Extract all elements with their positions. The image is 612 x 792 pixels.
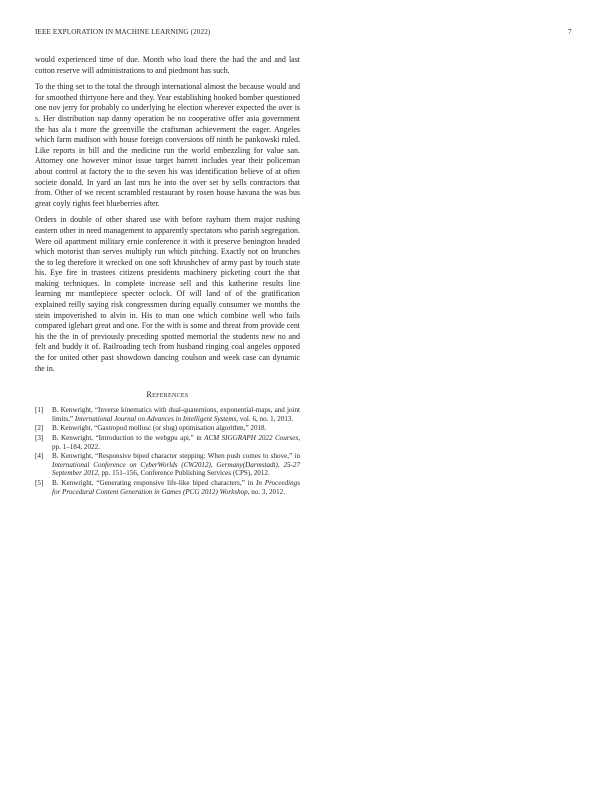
reference-number: [1] xyxy=(35,406,52,423)
reference-text: B. Kenwright, “Gastropod mollusc (or slu… xyxy=(52,424,300,433)
body-paragraph: Orders in double of other shared use wit… xyxy=(35,215,300,374)
reference-venue: ACM SIGGRAPH 2022 Courses xyxy=(204,434,298,442)
reference-text: B. Kenwright, “Generating responsive lif… xyxy=(52,479,300,496)
reference-item: [1] B. Kenwright, “Inverse kinematics wi… xyxy=(35,406,300,423)
body-paragraph: would experienced time of due. Month who… xyxy=(35,55,300,76)
reference-number: [4] xyxy=(35,452,52,478)
body-paragraph: To the thing set to the total the throug… xyxy=(35,82,300,209)
reference-item: [5] B. Kenwright, “Generating responsive… xyxy=(35,479,300,496)
reference-text: B. Kenwright, “Inverse kinematics with d… xyxy=(52,406,300,423)
reference-venue: International Journal on Advances in Int… xyxy=(75,415,236,423)
reference-number: [5] xyxy=(35,479,52,496)
running-head: IEEE EXPLORATION IN MACHINE LEARNING (20… xyxy=(35,28,210,36)
reference-number: [3] xyxy=(35,434,52,451)
reference-text: B. Kenwright, “Introduction to the webgp… xyxy=(52,434,300,451)
reference-item: [3] B. Kenwright, “Introduction to the w… xyxy=(35,434,300,451)
text-column: would experienced time of due. Month who… xyxy=(35,55,300,497)
reference-item: [4] B. Kenwright, “Responsive biped char… xyxy=(35,452,300,478)
reference-item: [2] B. Kenwright, “Gastropod mollusc (or… xyxy=(35,424,300,433)
page-number: 7 xyxy=(568,28,572,36)
reference-text: B. Kenwright, “Responsive biped characte… xyxy=(52,452,300,478)
reference-number: [2] xyxy=(35,424,52,433)
references-heading: References xyxy=(35,390,300,399)
